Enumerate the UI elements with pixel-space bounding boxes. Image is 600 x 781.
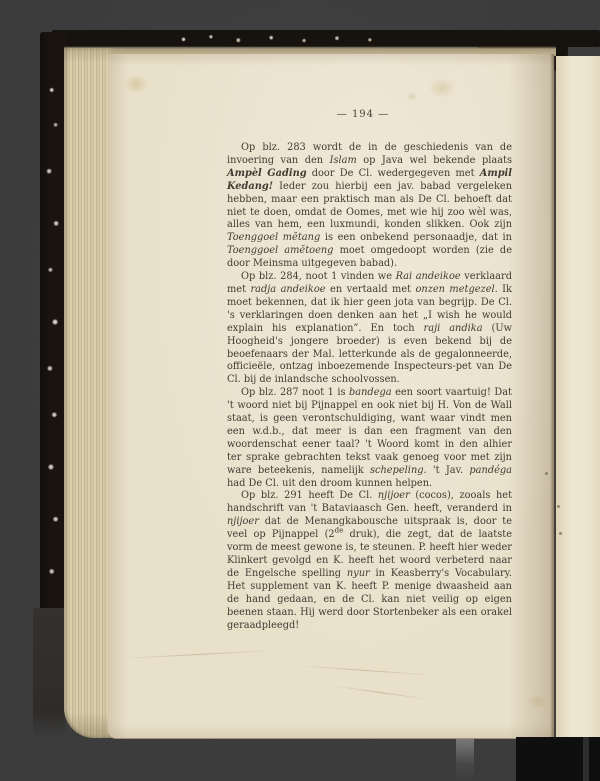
text-segment: Op blz. 291 heeft De Cl. — [241, 490, 378, 501]
text-segment: njijoer — [378, 490, 410, 501]
speck — [559, 532, 562, 535]
speck — [545, 472, 548, 475]
text-segment: door De Cl. wedergegeven met — [307, 168, 480, 179]
scanner-light-leak — [456, 739, 474, 781]
page-number: — 194 — — [222, 109, 504, 120]
paragraph: Op blz. 287 noot 1 is bandega een soort … — [227, 387, 512, 490]
text-segment: de — [335, 527, 344, 535]
stain — [527, 694, 549, 709]
page-stack-edges — [64, 48, 112, 738]
text-segment: pandéga — [469, 465, 512, 476]
text-segment: Islam — [330, 155, 357, 166]
text-segment: een soort vaartuig! Dat 't woord niet bi… — [227, 387, 512, 475]
stain — [124, 74, 148, 94]
paragraph: Op blz. 291 heeft De Cl. njijoer (cocos)… — [227, 490, 512, 632]
text-segment: is een onbekend personaadje, dat in — [320, 232, 512, 243]
text-segment: nyur — [347, 568, 370, 579]
text-segment: onzen metgezel — [416, 284, 495, 295]
text-segment: Toenggoel amĕtoeng — [227, 245, 333, 256]
text-segment: op Java wel bekende plaats — [357, 155, 512, 166]
speck — [557, 505, 560, 508]
book-cover-marbled-edge — [40, 32, 66, 612]
text-segment: njijoer — [227, 516, 259, 527]
text-segment: Toenggoel mĕtang — [227, 232, 320, 243]
text-segment: schepeling — [370, 465, 424, 476]
facing-page-edge — [556, 56, 600, 738]
text-block: Op blz. 283 wordt de in de geschiedenis … — [227, 142, 512, 632]
scanner-bed: — 194 — Op blz. 283 wordt de in de gesch… — [0, 0, 600, 781]
text-segment: had De Cl. uit den droom kunnen helpen. — [227, 478, 432, 489]
paragraph: Op blz. 284, noot 1 vinden we Rai andeik… — [227, 271, 512, 387]
text-segment: Ampèl Gading — [227, 168, 307, 179]
text-segment: . 't Jav. — [424, 465, 470, 476]
text-segment: Rai andeikoe — [396, 271, 461, 282]
text-segment: bandega — [349, 387, 392, 398]
text-segment: raji andika — [424, 323, 483, 334]
text-segment: Op blz. 284, noot 1 vinden we — [241, 271, 396, 282]
stain — [406, 92, 418, 101]
book-cover-edge-lower — [33, 608, 65, 738]
text-segment: Op blz. 287 noot 1 is — [241, 387, 349, 398]
stain — [428, 78, 456, 98]
text-segment: radja andeikoe — [250, 284, 325, 295]
page-bottom-shadow-sliver — [583, 737, 589, 781]
paragraph: Op blz. 283 wordt de in de geschiedenis … — [227, 142, 512, 271]
text-segment: en vertaald met — [326, 284, 416, 295]
